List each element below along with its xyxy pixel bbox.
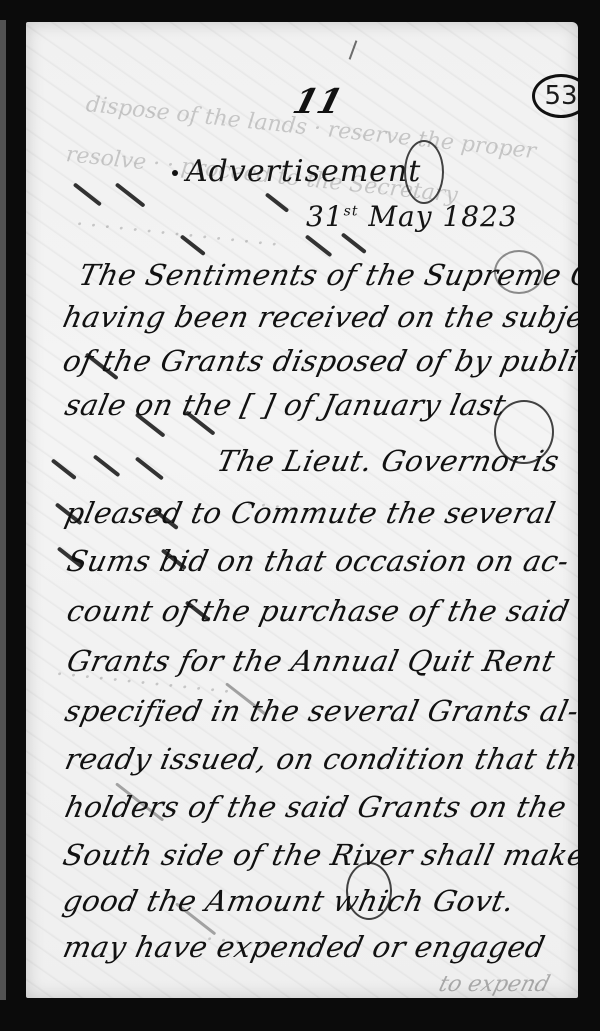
scan-edge-strip	[0, 20, 6, 1000]
text-line: of the Grants disposed of by publick	[60, 344, 578, 378]
document-date: 31st May 1823	[306, 200, 518, 233]
text-line: may have expended or engaged	[60, 930, 548, 964]
text-line: count of the purchase of the said	[64, 594, 572, 628]
date-month: May	[368, 200, 432, 233]
faint-continuation-text: to expend &c	[429, 972, 578, 998]
date-year: 1823	[442, 200, 517, 233]
text-line: Grants for the Annual Quit Rent	[64, 644, 558, 678]
text-line: good the Amount which Govt.	[60, 884, 518, 918]
heading-text: Advertisement	[186, 154, 421, 189]
heading-flourish	[404, 140, 444, 204]
document-heading: Advertisement	[172, 154, 421, 189]
text-line: holders of the said Grants on the	[62, 790, 570, 824]
text-line: sale on the [ ] of January last	[62, 388, 509, 422]
date-ordinal: st	[344, 204, 359, 220]
page-number-text: 53	[544, 81, 577, 111]
heading-dot	[172, 170, 178, 176]
text-line: The Sentiments of the Supreme Govt	[76, 258, 578, 292]
text-line: ready issued, on condition that the	[62, 742, 578, 776]
text-line: pleased to Commute the several	[62, 496, 559, 530]
text-line: having been received on the subject	[60, 300, 578, 334]
text-line: Sums bid on that occasion on ac-	[64, 544, 572, 578]
date-day: 31	[306, 200, 344, 233]
text-line: specified in the several Grants al-	[62, 694, 578, 728]
manuscript-page: dispose of the lands · reserve the prope…	[26, 22, 578, 998]
text-line: South side of the River shall make	[60, 838, 578, 872]
text-line: The Lieut. Governor is	[214, 444, 563, 478]
